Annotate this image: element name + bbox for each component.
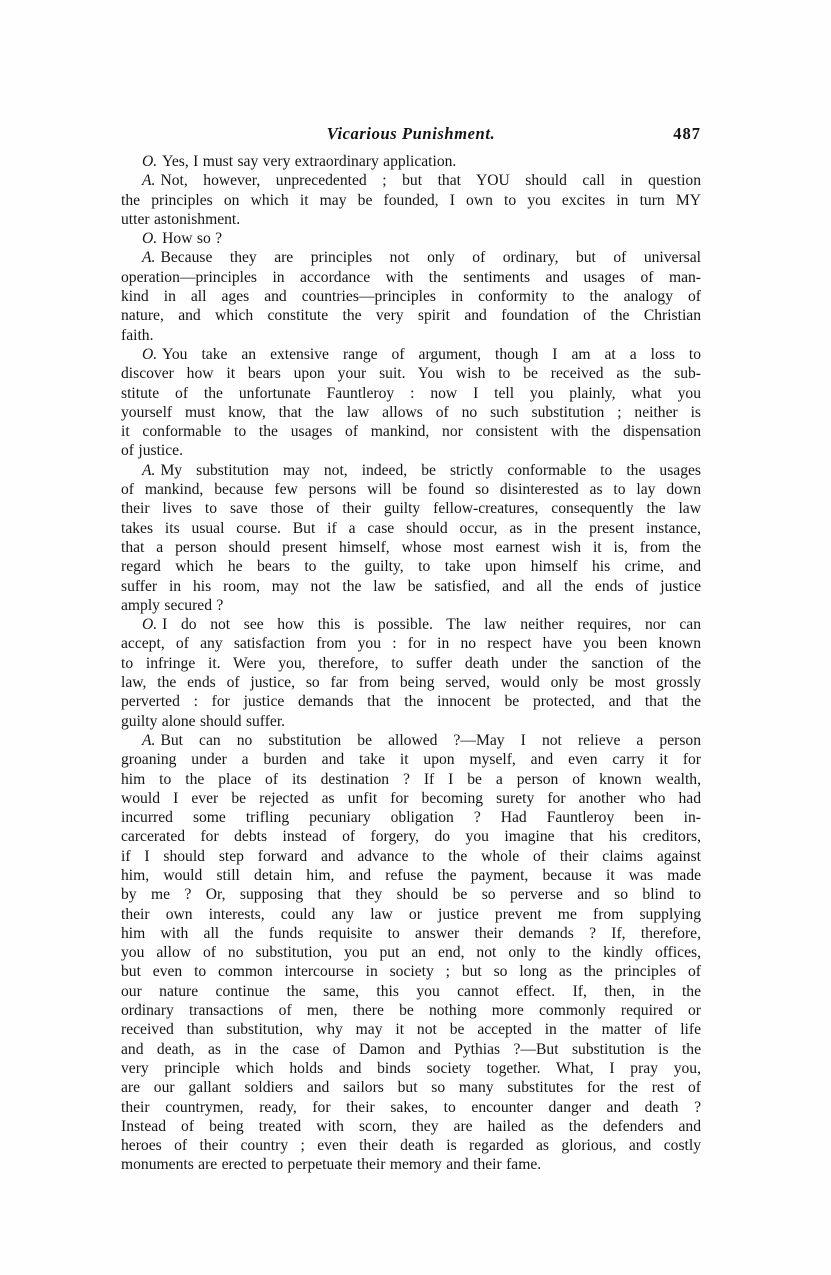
text-line: stitute of the unfortunate Fauntleroy : …: [121, 384, 701, 403]
text-line: received than substitution, why may it n…: [121, 1020, 701, 1039]
page-body: O.Yes, I must say very extraordinary app…: [121, 152, 701, 1175]
text-line: very principle which holds and binds soc…: [121, 1059, 701, 1078]
text-line: him, would still detain him, and refuse …: [121, 866, 701, 885]
text-line: O.Yes, I must say very extraordinary app…: [121, 152, 701, 171]
text-line: A.But can no substitution be allowed ?—M…: [121, 731, 701, 750]
paragraph: A.But can no substitution be allowed ?—M…: [121, 731, 701, 1175]
speaker-label: O.: [142, 616, 157, 633]
text-line: you allow of no substitution, you put an…: [121, 943, 701, 962]
text-line: utter astonishment.: [121, 210, 701, 229]
text-line: kind in all ages and countries—principle…: [121, 287, 701, 306]
page-number: 487: [673, 124, 701, 144]
paragraph: A.My substitution may not, indeed, be st…: [121, 461, 701, 615]
speaker-label: A.: [142, 732, 155, 749]
speaker-label: A.: [142, 249, 155, 266]
text-line: incurred some trifling pecuniary obligat…: [121, 808, 701, 827]
speaker-label: A.: [142, 462, 155, 479]
text-line: that a person should present himself, wh…: [121, 538, 701, 557]
text-line: and death, as in the case of Damon and P…: [121, 1040, 701, 1059]
text-line: ordinary transactions of men, there be n…: [121, 1001, 701, 1020]
text-line: O.I do not see how this is possible. The…: [121, 615, 701, 634]
text-line: our nature continue the same, this you c…: [121, 982, 701, 1001]
book-page: { "header": { "title": "Vicarious Punish…: [0, 0, 831, 1275]
text-line: O.You take an extensive range of argumen…: [121, 345, 701, 364]
text-line: if I should step forward and advance to …: [121, 847, 701, 866]
text-line: the principles on which it may be founde…: [121, 191, 701, 210]
speaker-label: O.: [142, 230, 157, 247]
text-line: faith.: [121, 326, 701, 345]
text-line: their own interests, could any law or ju…: [121, 905, 701, 924]
text-line: amply secured ?: [121, 596, 701, 615]
text-line: but even to common intercourse in societ…: [121, 962, 701, 981]
text-line: guilty alone should suffer.: [121, 712, 701, 731]
text-line: heroes of their country ; even their dea…: [121, 1136, 701, 1155]
text-line: perverted : for justice demands that the…: [121, 692, 701, 711]
paragraph: A.Because they are principles not only o…: [121, 248, 701, 344]
speaker-label: A.: [142, 172, 155, 189]
text-line: it conformable to the usages of mankind,…: [121, 422, 701, 441]
speaker-label: O.: [142, 346, 157, 363]
text-line: their lives to save those of their guilt…: [121, 499, 701, 518]
text-line: him with all the funds requisite to answ…: [121, 924, 701, 943]
text-line: to infringe it. Were you, therefore, to …: [121, 654, 701, 673]
paragraph: A.Not, however, unprecedented ; but that…: [121, 171, 701, 229]
text-line: O.How so ?: [121, 229, 701, 248]
text-line: would I ever be rejected as unfit for be…: [121, 789, 701, 808]
text-line: yourself must know, that the law allows …: [121, 403, 701, 422]
text-line: A.Not, however, unprecedented ; but that…: [121, 171, 701, 190]
text-line: discover how it bears upon your suit. Yo…: [121, 364, 701, 383]
text-line: him to the place of its destination ? If…: [121, 770, 701, 789]
running-title: Vicarious Punishment.: [121, 124, 701, 144]
text-line: A.Because they are principles not only o…: [121, 248, 701, 267]
text-line: takes its usual course. But if a case sh…: [121, 519, 701, 538]
text-line: Instead of being treated with scorn, the…: [121, 1117, 701, 1136]
text-line: law, the ends of justice, so far from be…: [121, 673, 701, 692]
text-line: operation—principles in accordance with …: [121, 268, 701, 287]
paragraph: O.Yes, I must say very extraordinary app…: [121, 152, 701, 171]
text-line: nature, and which constitute the very sp…: [121, 306, 701, 325]
text-line: groaning under a burden and take it upon…: [121, 750, 701, 769]
text-line: accept, of any satisfaction from you : f…: [121, 634, 701, 653]
text-line: of mankind, because few persons will be …: [121, 480, 701, 499]
paragraph: O.I do not see how this is possible. The…: [121, 615, 701, 731]
speaker-label: O.: [142, 153, 157, 170]
text-line: regard which he bears to the guilty, to …: [121, 557, 701, 576]
text-line: by me ? Or, supposing that they should b…: [121, 885, 701, 904]
text-line: A.My substitution may not, indeed, be st…: [121, 461, 701, 480]
text-line: are our gallant soldiers and sailors but…: [121, 1078, 701, 1097]
paragraph: O.You take an extensive range of argumen…: [121, 345, 701, 461]
text-line: carcerated for debts instead of forgery,…: [121, 827, 701, 846]
text-line: monuments are erected to perpetuate thei…: [121, 1155, 701, 1174]
page-header: Vicarious Punishment. 487: [121, 124, 701, 146]
text-line: of justice.: [121, 441, 701, 460]
paragraph: O.How so ?: [121, 229, 701, 248]
text-line: their countrymen, ready, for their sakes…: [121, 1098, 701, 1117]
text-line: suffer in his room, may not the law be s…: [121, 577, 701, 596]
